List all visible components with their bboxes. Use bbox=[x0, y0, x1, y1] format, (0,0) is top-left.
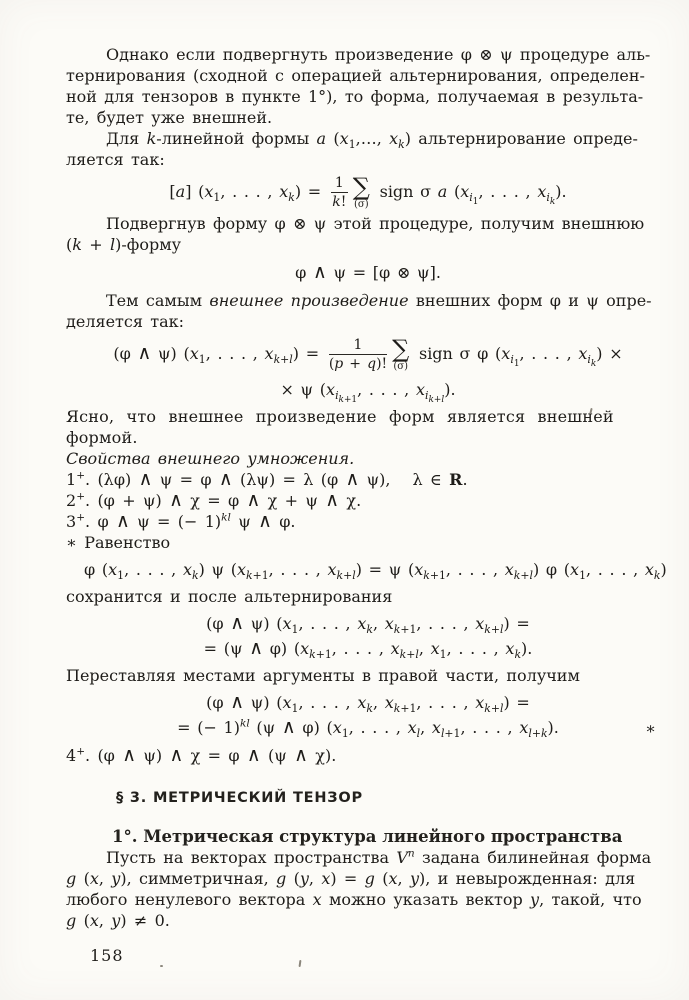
equation-rearranged-line1: (φ ∧ ψ) (x1, . . . , xk, xk+1, . . . , x… bbox=[66, 692, 670, 713]
paragraph-properties-title: Свойства внешнего умножения. bbox=[66, 448, 670, 469]
subsection-heading-metric-structure: 1°. Метрическая структура линейного прос… bbox=[112, 826, 670, 847]
paragraph-rearrange-arguments: Переставляя местами аргументы в правой ч… bbox=[66, 665, 670, 686]
book-page: Однако если подвергнуть произведение φ ⊗… bbox=[0, 0, 689, 1000]
equation-exterior-product-line2: × ψ (xik+1, . . . , xik+l). bbox=[66, 379, 670, 400]
equation-preserved-line2: = (ψ ∧ φ) (xk+1, . . . , xk+l, x1, . . .… bbox=[66, 638, 670, 659]
paragraph-clearly-exterior: Ясно, что внешнее произведение форм явля… bbox=[66, 406, 670, 448]
scan-speck bbox=[160, 965, 163, 967]
page-text-block: Однако если подвергнуть произведение φ ⊗… bbox=[66, 44, 670, 931]
property-4: 4+. (φ ∧ ψ) ∧ χ = φ ∧ (ψ ∧ χ). bbox=[66, 745, 670, 766]
paragraph-metric-bilinear-form: Пусть на векторах пространства Vn задана… bbox=[66, 847, 670, 931]
paragraph-alternation-intro: Однако если подвергнуть произведение φ ⊗… bbox=[66, 44, 670, 128]
property-1: 1+. (λφ) ∧ ψ = φ ∧ (λψ) = λ (φ ∧ ψ), λ ∈… bbox=[66, 469, 670, 490]
property-3: 3+. φ ∧ ψ = (− 1)kl ψ ∧ φ. bbox=[66, 511, 670, 532]
paragraph-exterior-product-def: Тем самым внешнее произведение внешних ф… bbox=[66, 290, 670, 332]
section-heading-metric-tensor: § 3. МЕТРИЧЕСКИЙ ТЕНЗОР bbox=[116, 788, 670, 809]
page-number: 158 bbox=[90, 945, 665, 966]
equation-rearranged-line2-body: = (− 1)kl (ψ ∧ φ) (x1, . . . , xl, xl+1,… bbox=[177, 718, 559, 737]
paragraph-apply-procedure: Подвергнув форму φ ⊗ ψ этой процедуре, п… bbox=[66, 213, 670, 255]
equation-rearranged-line2: = (− 1)kl (ψ ∧ φ) (x1, . . . , xl, xl+1,… bbox=[66, 717, 670, 738]
equation-equality: φ (x1, . . . , xk) ψ (xk+1, . . . , xk+l… bbox=[66, 559, 670, 580]
equation-wedge-definition: φ ∧ ψ = [φ ⊗ ψ]. bbox=[66, 262, 670, 283]
paragraph-equality-intro: ∗ Равенство bbox=[66, 532, 670, 553]
margin-star: ∗ bbox=[645, 718, 656, 739]
equation-exterior-product-line1: (φ ∧ ψ) (x1, . . . , xk+l) = 1(p + q)!∑(… bbox=[66, 337, 670, 372]
paragraph-preserved-after-alternation: сохранится и после альтернирования bbox=[66, 586, 670, 607]
equation-preserved-line1: (φ ∧ ψ) (x1, . . . , xk, xk+1, . . . , x… bbox=[66, 613, 670, 634]
equation-alternation-definition: [a] (x1, . . . , xk) = 1k!∑(σ) sign σ a … bbox=[66, 175, 670, 210]
paragraph-k-linear-form: Для k-линейной формы a (x1,…, xk) альтер… bbox=[66, 128, 670, 170]
property-2: 2+. (φ + ψ) ∧ χ = φ ∧ χ + ψ ∧ χ. bbox=[66, 490, 670, 511]
